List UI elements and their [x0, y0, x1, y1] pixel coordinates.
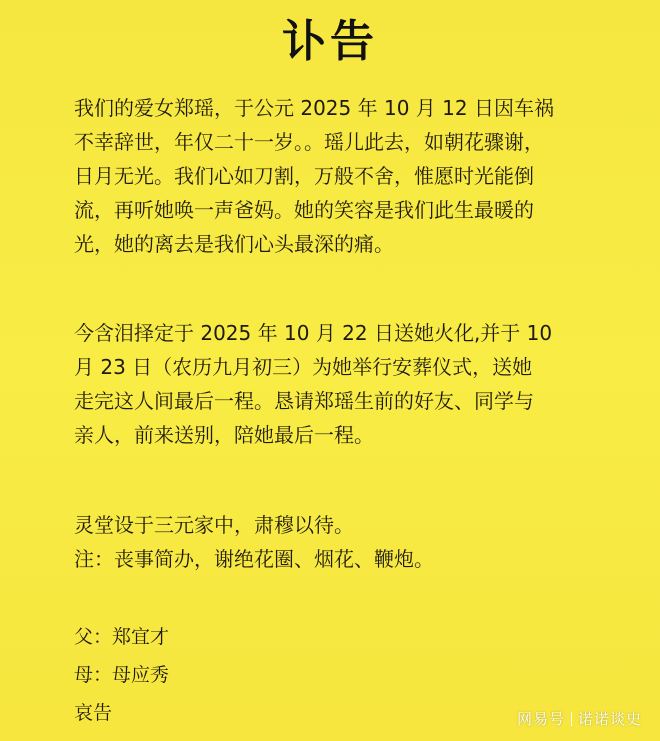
watermark-divider: [571, 712, 572, 726]
watermark-platform: 网易号: [517, 710, 565, 728]
paragraph-line: 我们的爱女郑瑶，于公元 2025 年 10 月 12 日因车祸: [74, 91, 634, 125]
paragraph-notes: 灵堂设于三元家中，肃穆以待。 注：丧事简办，谢绝花圈、烟花、鞭炮。: [74, 508, 634, 576]
paragraph-funeral-arrangements: 今含泪择定于 2025 年 10 月 22 日送她火化,并于 10 月 23 日…: [74, 316, 634, 452]
paragraph-line: 亲人，前来送别，陪她最后一程。: [74, 418, 634, 452]
paragraph-line: 光，她的离去是我们心头最深的痛。: [74, 227, 634, 261]
paragraph-line: 不幸辞世，年仅二十一岁。。瑶儿此去，如朝花骤谢，: [74, 125, 634, 159]
paragraph-line: 月 23 日（农历九月初三）为她举行安葬仪式，送她: [74, 350, 634, 384]
paragraph-line: 今含泪择定于 2025 年 10 月 22 日送她火化,并于 10: [74, 316, 634, 350]
paragraph-line: 走完这人间最后一程。恳请郑瑶生前的好友、同学与: [74, 384, 634, 418]
signers-block: 父：郑宜才 母：母应秀 哀告: [74, 618, 169, 732]
signer-closing: 哀告: [74, 694, 169, 732]
watermark: 网易号诺诺谈史: [517, 708, 642, 729]
watermark-author: 诺诺谈史: [578, 710, 642, 728]
page-title: 讣告: [0, 14, 660, 70]
paragraph-line: 流，再听她唤一声爸妈。她的笑容是我们此生最暖的: [74, 193, 634, 227]
memorial-hall-line: 灵堂设于三元家中，肃穆以待。: [74, 508, 634, 542]
paragraph-line: 日月无光。我们心如刀割，万般不舍，惟愿时光能倒: [74, 159, 634, 193]
signer-mother: 母：母应秀: [74, 656, 169, 694]
paragraph-announcement: 我们的爱女郑瑶，于公元 2025 年 10 月 12 日因车祸 不幸辞世，年仅二…: [74, 91, 634, 261]
signer-father: 父：郑宜才: [74, 618, 169, 656]
note-line: 注：丧事简办，谢绝花圈、烟花、鞭炮。: [74, 542, 634, 576]
